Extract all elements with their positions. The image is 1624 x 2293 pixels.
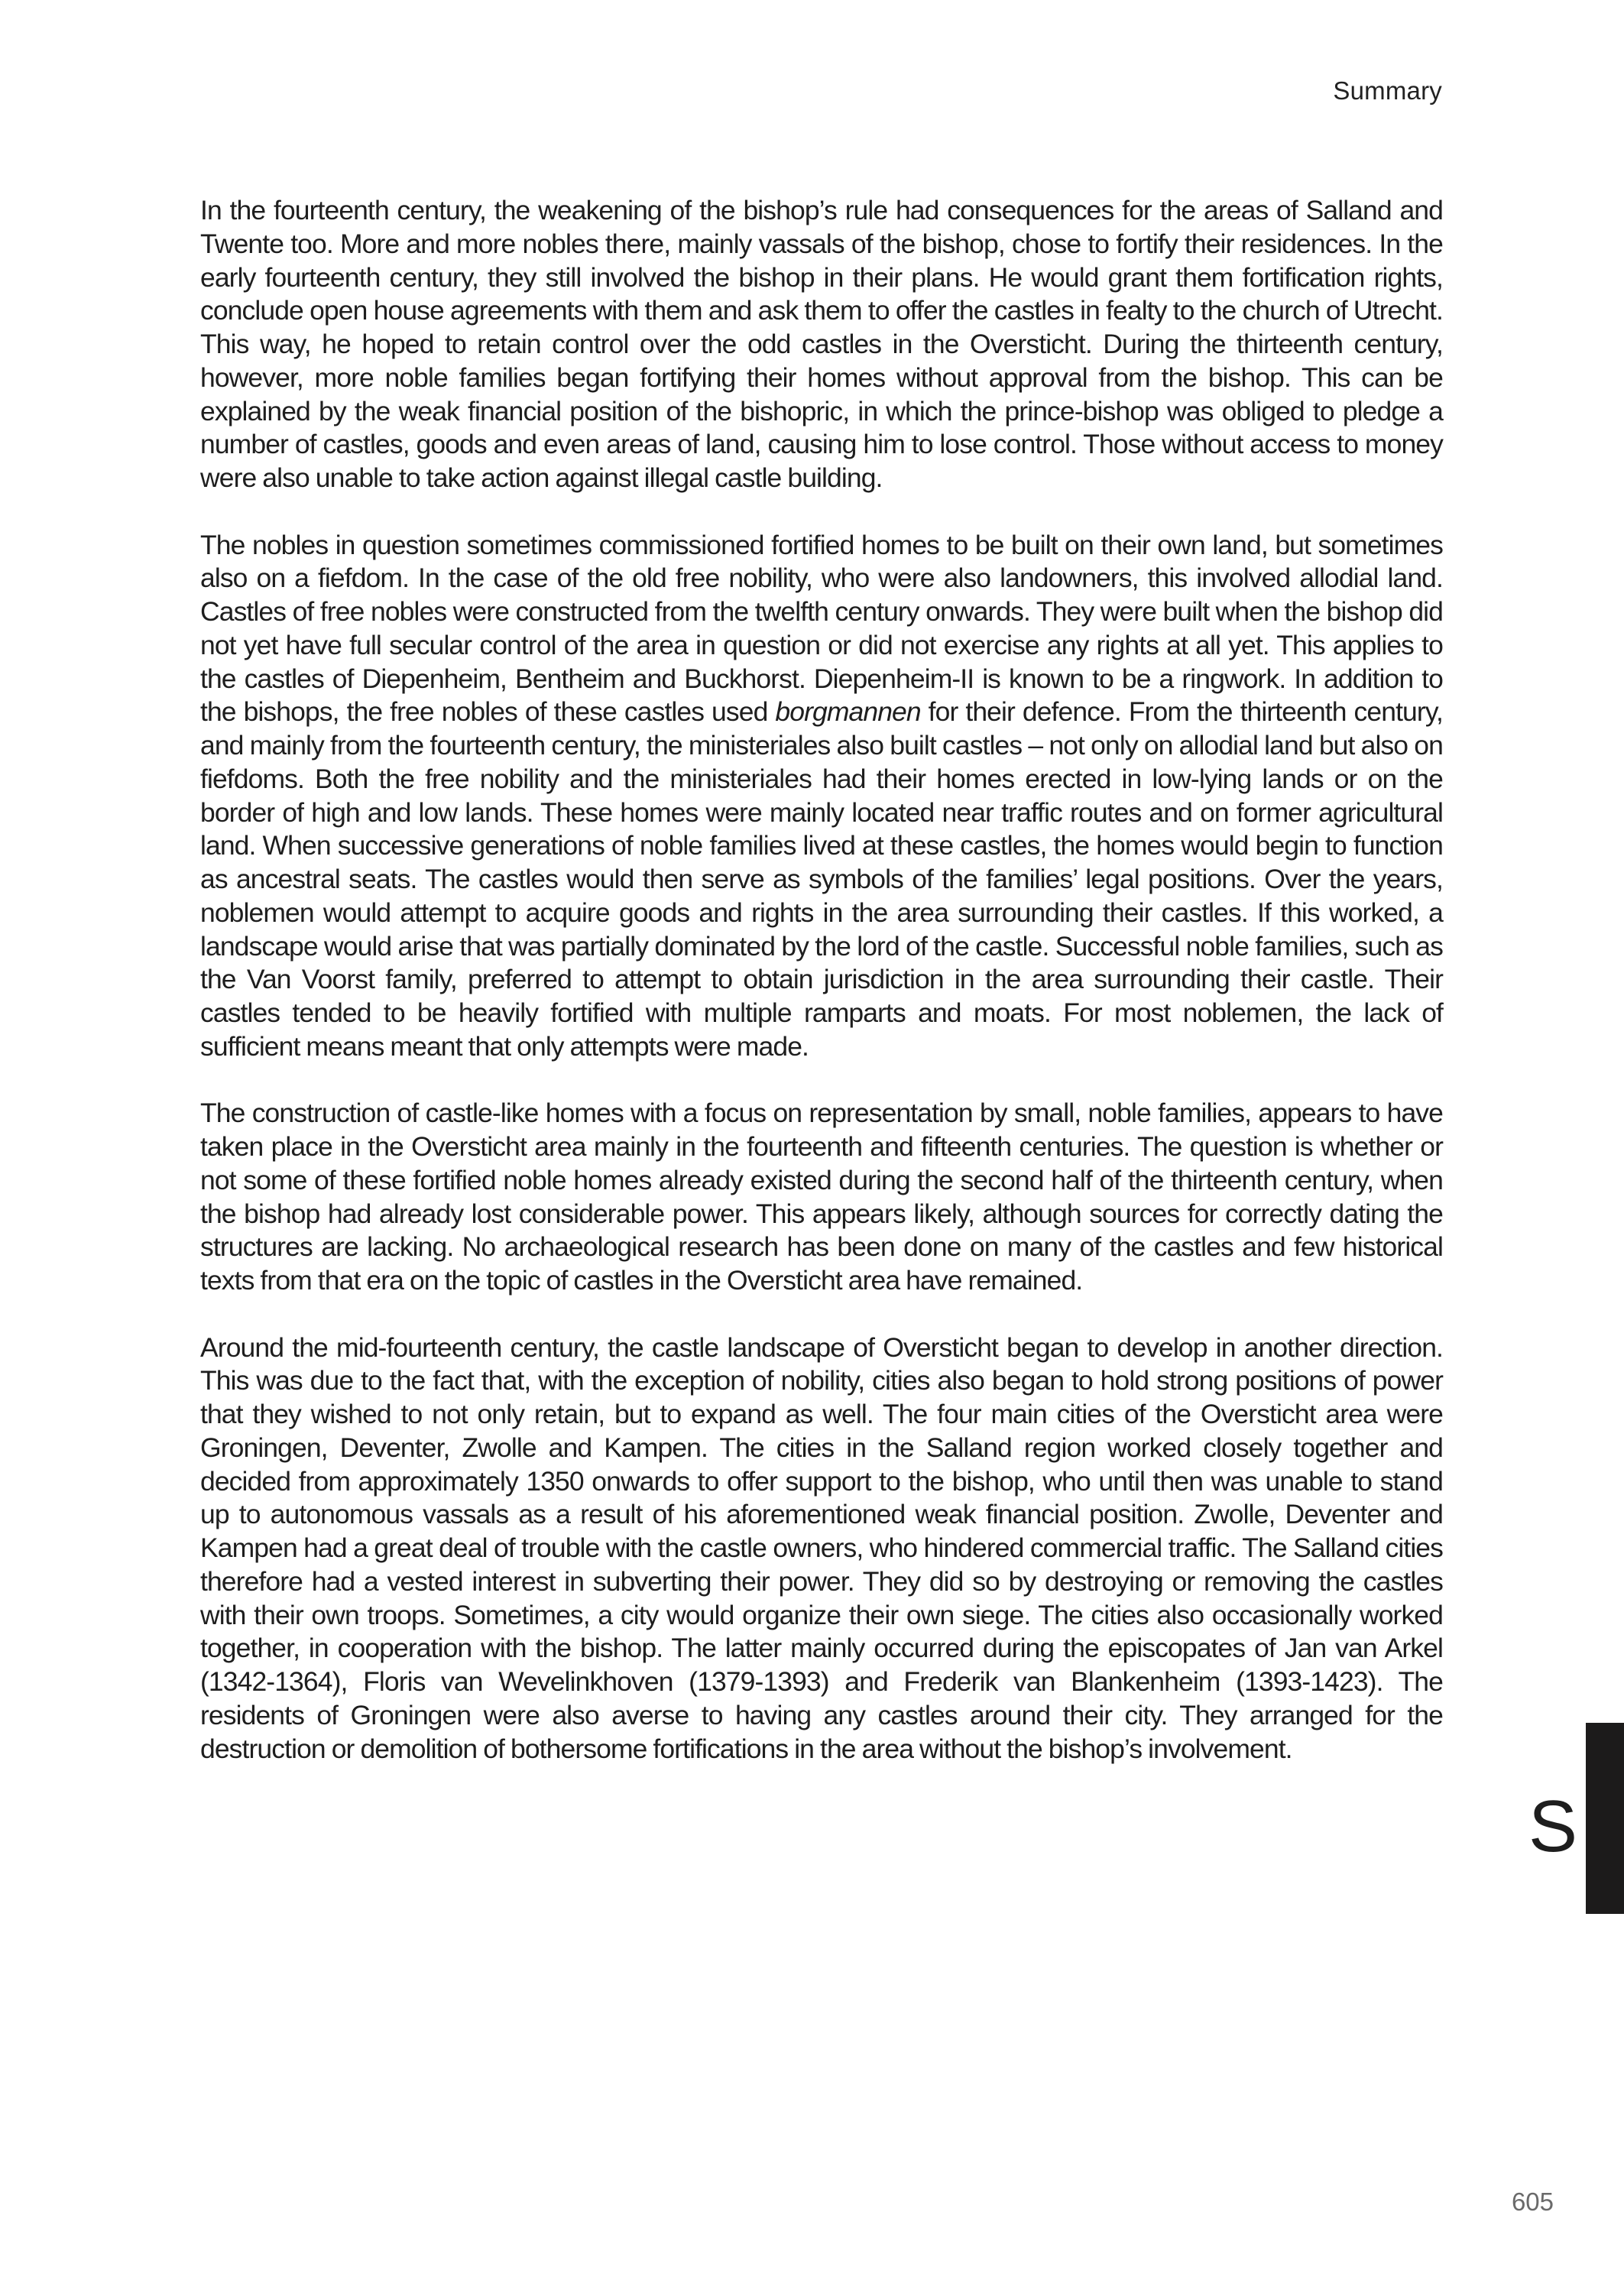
section-thumb-tab <box>1586 1723 1624 1914</box>
paragraph-1: In the fourteenth century, the weakening… <box>200 194 1443 495</box>
paragraph-3: The construction of castle-like homes wi… <box>200 1097 1443 1298</box>
paragraph-2: The nobles in question sometimes commiss… <box>200 529 1443 1064</box>
section-thumb-letter: S <box>1528 1789 1574 1865</box>
page-number: 605 <box>1512 2188 1554 2217</box>
paragraph-2-text-b: for their defence. From the thirteenth c… <box>200 696 1443 1062</box>
italic-term-borgmannen: borgmannen <box>775 696 920 727</box>
summary-body: In the fourteenth century, the weakening… <box>200 194 1443 1766</box>
paragraph-4: Around the mid-fourteenth century, the c… <box>200 1331 1443 1766</box>
running-head: Summary <box>1333 76 1442 105</box>
